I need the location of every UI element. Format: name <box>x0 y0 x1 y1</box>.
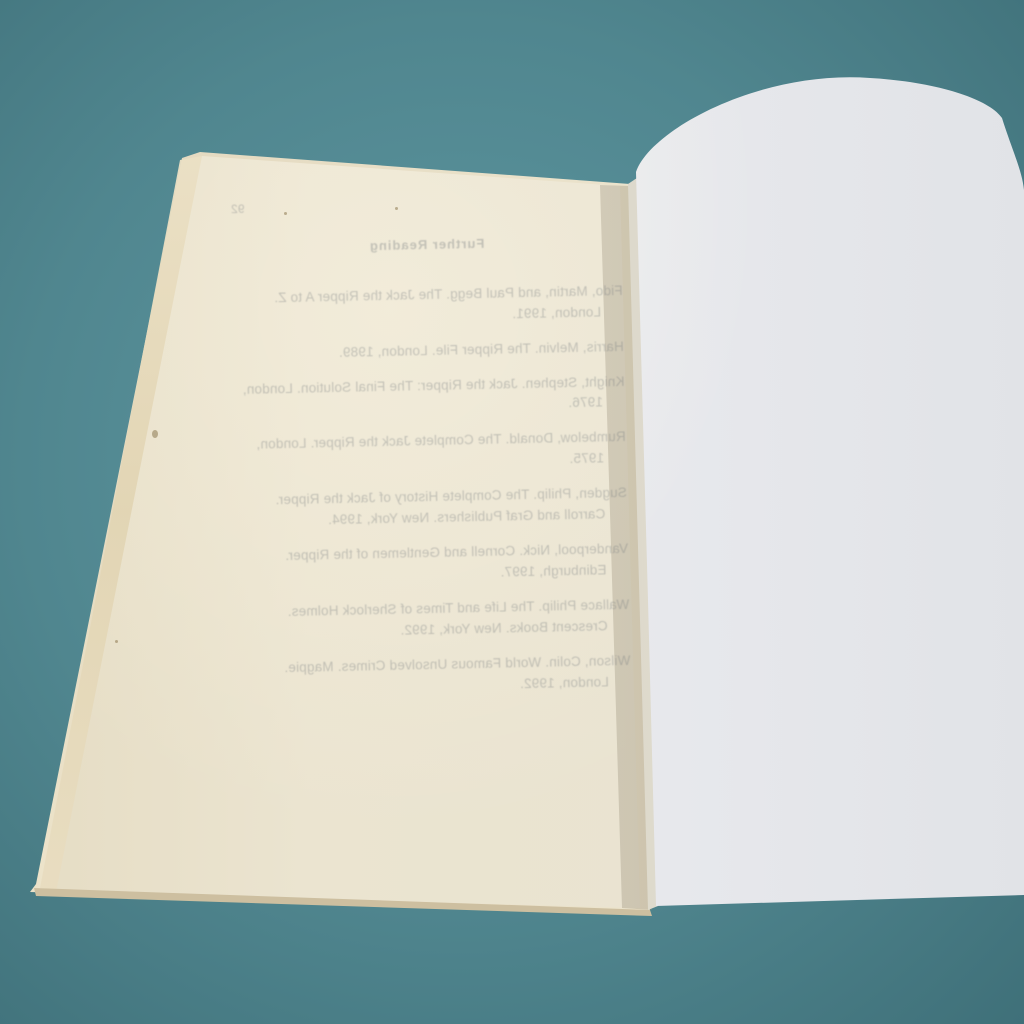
show-through-text: 92 Further Reading Fido, Martin, and Pau… <box>231 192 632 715</box>
stain-spot <box>395 207 398 210</box>
bibliography-entry: Knight, Stephen. Jack the Ripper: The Fi… <box>234 371 625 421</box>
bibliography-entry: Wallace Philip. The Life and Times of Sh… <box>239 595 630 645</box>
bibliography-entry: Rumbelow, Donald. The Complete Jack the … <box>236 427 627 477</box>
stain-spot <box>115 640 118 643</box>
open-book: 92 Further Reading Fido, Martin, and Pau… <box>0 0 1024 1024</box>
bibliography-entry: Harris, Melvin. The Ripper File. London,… <box>234 337 624 366</box>
bibliography-entry: Vanderpool, Nick. Cornell and Gentlemen … <box>238 539 629 589</box>
stain-spot <box>284 212 287 215</box>
stain-spot <box>152 430 158 438</box>
section-heading: Further Reading <box>231 231 621 259</box>
bibliography-entry: Sugden, Philip. The Complete History of … <box>237 483 628 533</box>
bibliography-entry: Wilson, Colin. World Famous Unsolved Cri… <box>240 651 631 701</box>
bibliography-entry: Fido, Martin, and Paul Begg. The Jack th… <box>233 281 624 331</box>
